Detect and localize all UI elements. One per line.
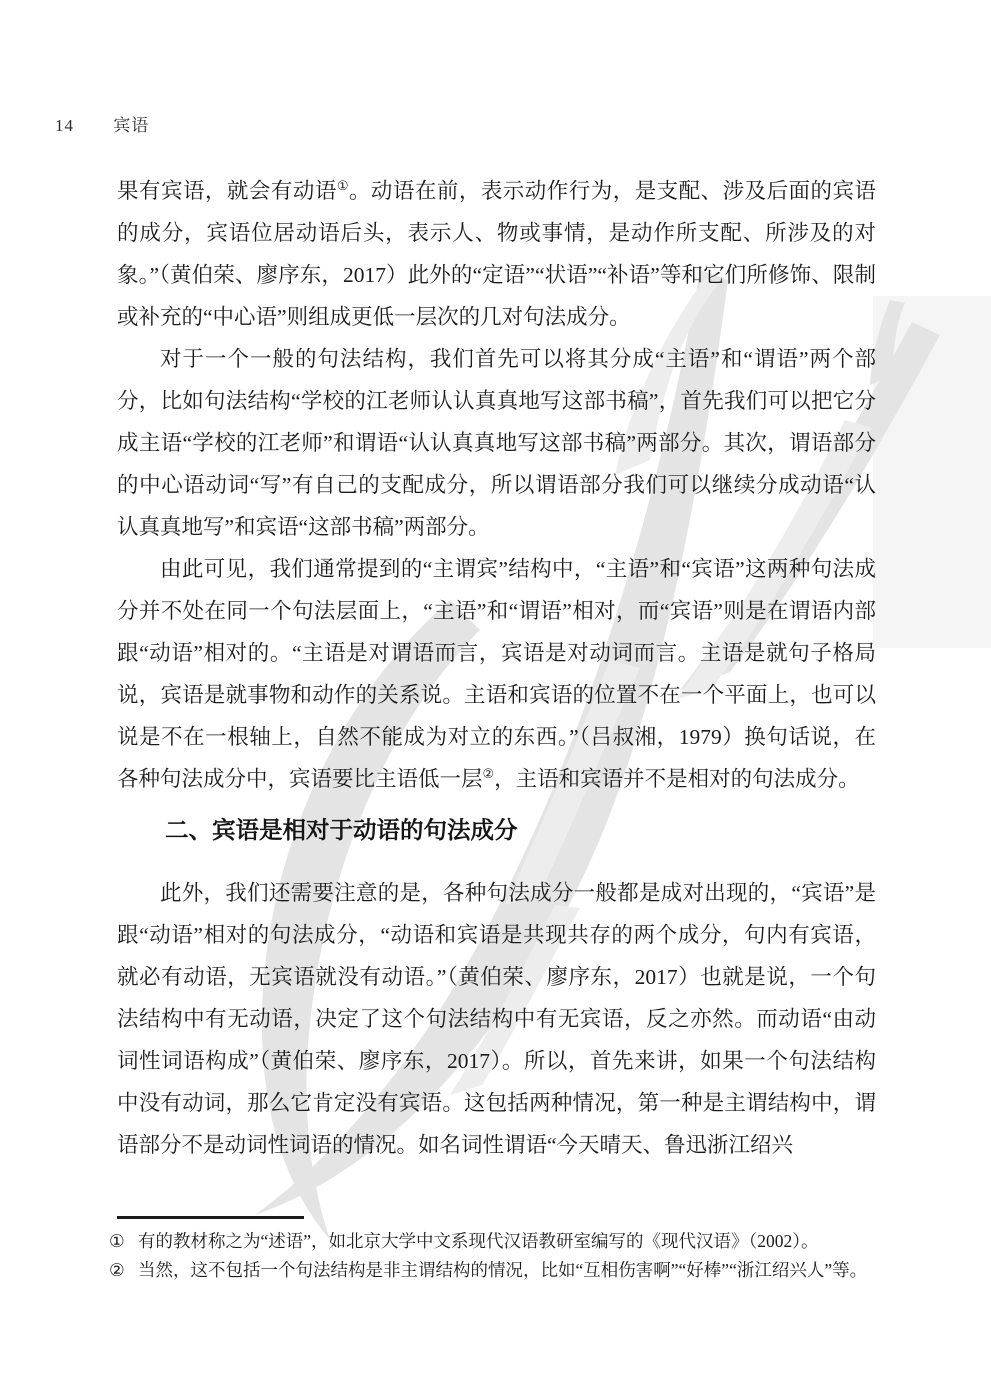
text-run: 对于一个一般的句法结构，我们首先可以将其分成“主语”和“谓语”两个部分，比如句法… (117, 347, 876, 539)
paragraph: 果有宾语，就会有动语①。动语在前，表示动作行为，是支配、涉及后面的宾语的成分，宾… (117, 170, 876, 338)
footnote-marker: ① (109, 1227, 138, 1256)
footnote-separator (117, 1216, 304, 1219)
footnotes: ①有的教材称之为“述语”，如北京大学中文系现代汉语教研室编写的《现代汉语》（20… (109, 1227, 881, 1285)
paragraph: 此外，我们还需要注意的是，各种句法成分一般都是成对出现的，“宾语”是跟“动语”相… (117, 872, 876, 1166)
text-run: 此外，我们还需要注意的是，各种句法成分一般都是成对出现的，“宾语”是跟“动语”相… (117, 881, 876, 1157)
text-run: ，主语和宾语并不是相对的句法成分。 (494, 767, 860, 791)
paragraph: 对于一个一般的句法结构，我们首先可以将其分成“主语”和“谓语”两个部分，比如句法… (117, 338, 876, 548)
running-title: 宾语 (113, 111, 149, 136)
body-text: 果有宾语，就会有动语①。动语在前，表示动作行为，是支配、涉及后面的宾语的成分，宾… (117, 170, 876, 1166)
footnote-text: 当然，这不包括一个句法结构是非主谓结构的情况，比如“互相伤害啊”“好棒”“浙江绍… (138, 1256, 881, 1285)
footnote-text: 有的教材称之为“述语”，如北京大学中文系现代汉语教研室编写的《现代汉语》（200… (138, 1227, 881, 1256)
footnote-ref: ① (337, 178, 349, 193)
text-run: 果有宾语，就会有动语 (117, 179, 337, 203)
page-number: 14 (55, 116, 74, 136)
footnote-ref: ② (483, 766, 495, 781)
footnote-item: ①有的教材称之为“述语”，如北京大学中文系现代汉语教研室编写的《现代汉语》（20… (109, 1227, 881, 1256)
paragraph: 由此可见，我们通常提到的“主谓宾”结构中，“主语”和“宾语”这两种句法成分并不处… (117, 548, 876, 800)
book-page: 14 宾语 果有宾语，就会有动语①。动语在前，表示动作行为，是支配、涉及后面的宾… (0, 0, 991, 1400)
text-run: 由此可见，我们通常提到的“主谓宾”结构中，“主语”和“宾语”这两种句法成分并不处… (117, 557, 876, 791)
footnote-item: ②当然，这不包括一个句法结构是非主谓结构的情况，比如“互相伤害啊”“好棒”“浙江… (109, 1256, 881, 1285)
running-head: 14 宾语 (55, 111, 149, 136)
section-heading: 二、宾语是相对于动语的句法成分 (165, 810, 876, 852)
footnote-marker: ② (109, 1256, 138, 1285)
